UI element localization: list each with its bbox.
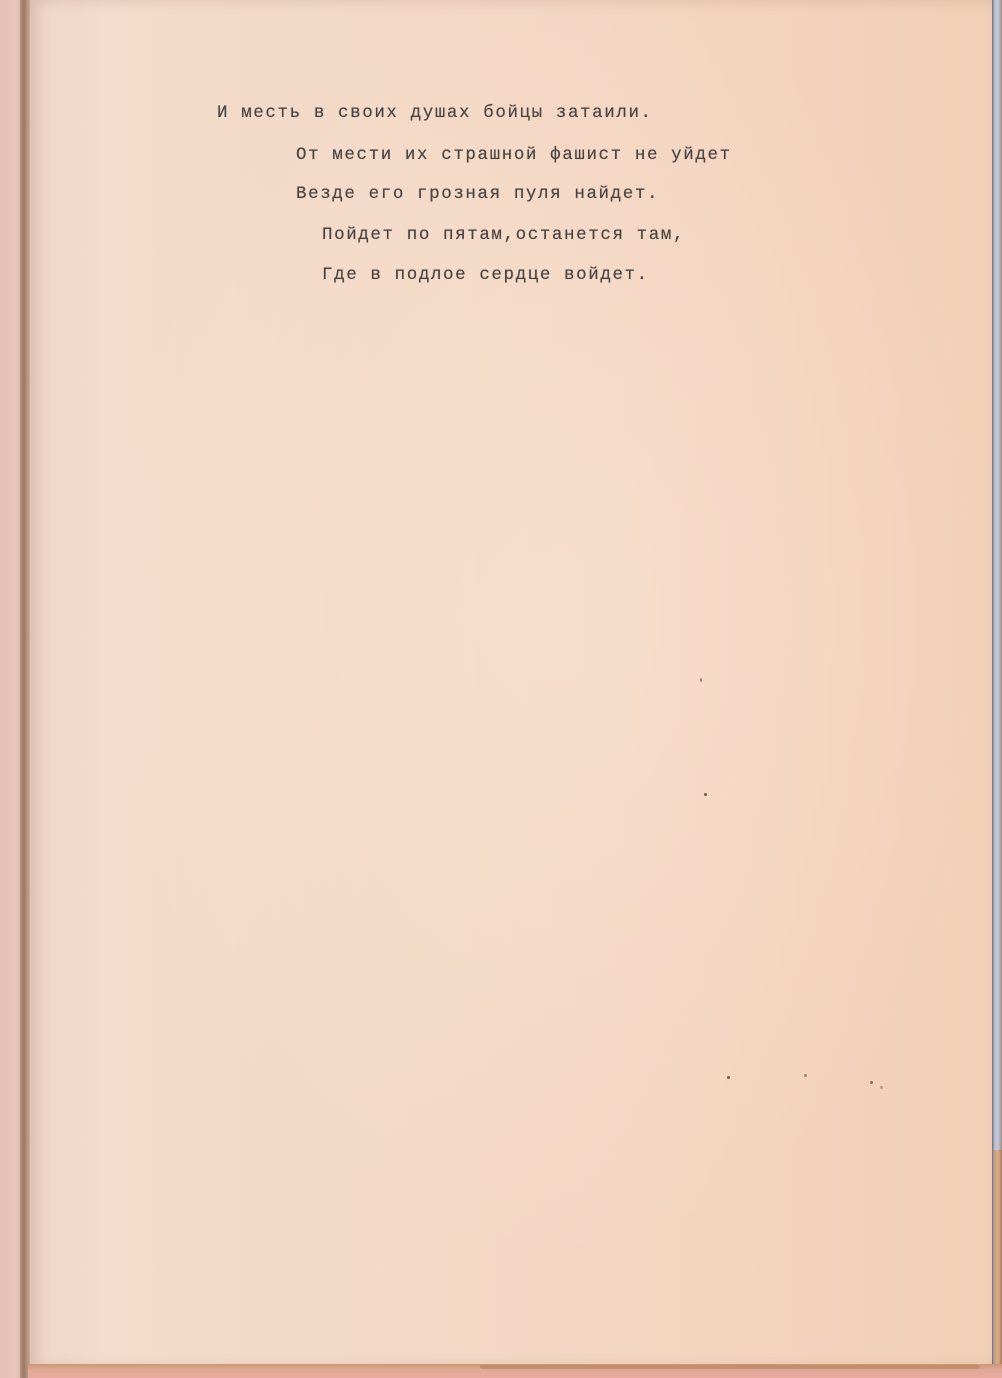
verse-line: И месть в своих душах бойцы затаили. — [217, 103, 653, 123]
paper-speck — [704, 793, 707, 796]
verse-line: Везде его грозная пуля найдет. — [296, 184, 659, 204]
page-stack-edge-lower — [994, 1150, 1002, 1378]
verse-line: От мести их страшной фашист не уйдет — [296, 145, 732, 165]
verse-line: Пойдет по пятам,останется там, — [322, 225, 685, 245]
binding-strip — [0, 0, 22, 1378]
paper-speck — [870, 1081, 873, 1084]
paper-speck — [727, 1076, 730, 1079]
paper-speck — [804, 1074, 807, 1077]
paper-speck — [880, 1086, 883, 1089]
verse-line: Где в подлое сердце войдет. — [322, 265, 649, 285]
document-page — [28, 0, 992, 1368]
bottom-page-curl — [480, 1365, 980, 1369]
paper-speck — [700, 678, 702, 682]
binding-fold — [20, 0, 30, 1378]
